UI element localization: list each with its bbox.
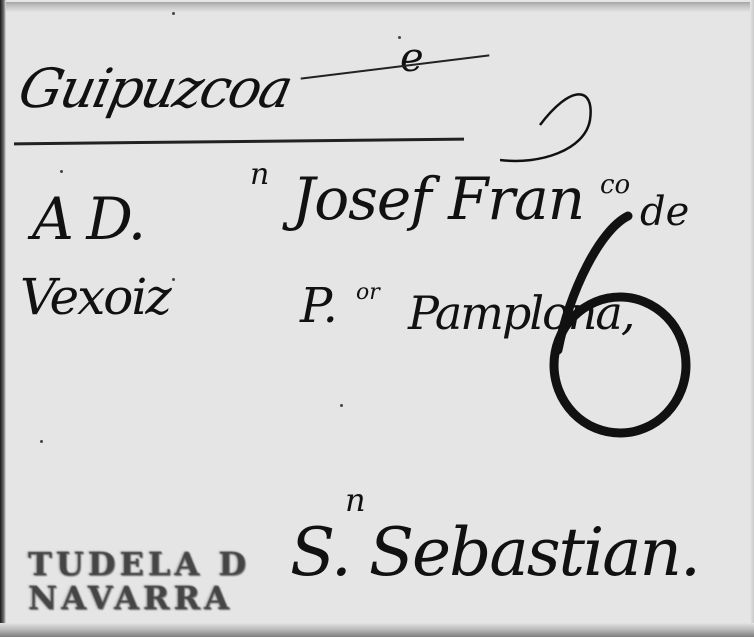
province-flourish-line	[301, 54, 490, 79]
bottom-edge	[0, 623, 754, 637]
salutation-superscript: n	[250, 160, 269, 190]
ink-speck	[172, 12, 175, 15]
rate-mark-six	[500, 80, 754, 460]
top-edge	[0, 2, 754, 12]
ink-speck	[172, 278, 175, 281]
postmark-line-1: TUDELA D	[28, 548, 250, 582]
ink-speck	[40, 440, 43, 443]
ink-speck	[398, 36, 401, 39]
ink-speck	[60, 170, 63, 173]
province-underline	[14, 138, 464, 146]
province-text: Guipuzcoa	[14, 62, 295, 116]
postmark-line-2: NAVARRA	[28, 582, 250, 616]
destination-superscript: n	[345, 484, 366, 516]
letter-cover: Guipuzcoa e A D. n Josef Fran co de Vexo…	[0, 0, 754, 637]
ink-speck	[340, 404, 343, 407]
postmark-stamp: TUDELA D NAVARRA	[28, 548, 250, 615]
addressee-surname: Vexoiz	[20, 272, 170, 322]
via-superscript: or	[356, 282, 380, 304]
salutation-text: A D.	[32, 190, 143, 248]
destination-city: S. Sebastian.	[290, 520, 699, 586]
province-superscript: e	[400, 38, 424, 78]
left-edge	[0, 0, 6, 637]
via-abbreviation: P.	[300, 282, 338, 330]
